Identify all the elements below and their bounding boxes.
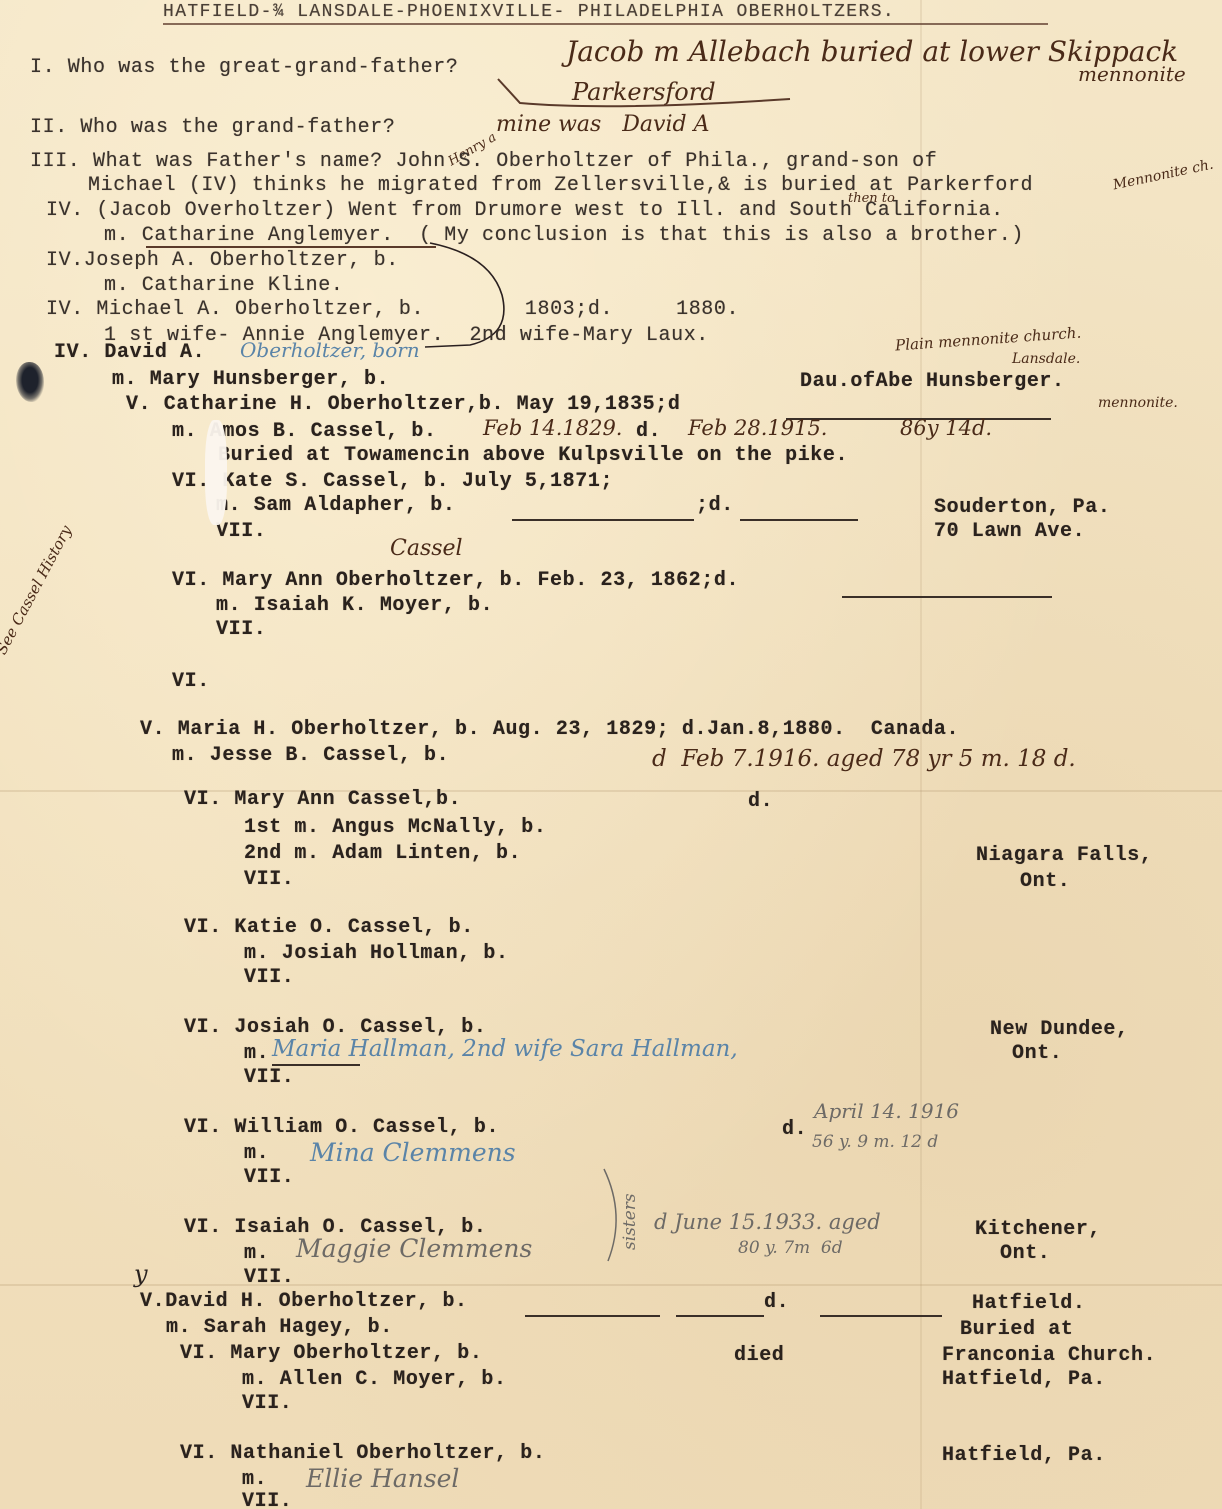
entry-josiah-location: New Dundee, — [990, 1020, 1129, 1040]
entry-mary-oberholtzer: VI. Mary Oberholtzer, b. — [180, 1344, 482, 1364]
entry-mac-vii: VII. — [244, 870, 294, 890]
question-grandfather: II. Who was the grand-father? — [30, 118, 395, 138]
entry-amos-burial: Buried at Towamencin above Kulpsville on… — [218, 446, 848, 466]
entry-david-a: IV. David A. — [54, 343, 205, 363]
entry-isaiah-vii: VII. — [244, 1268, 294, 1288]
entry-william-d: d. — [782, 1120, 807, 1140]
title-underline — [163, 23, 1048, 25]
underline — [146, 246, 436, 248]
entry-isaiah-province: Ont. — [1000, 1244, 1050, 1264]
entry-nathaniel-vii: VII. — [242, 1492, 292, 1509]
question-great-grandfather: I. Who was the great-grand-father? — [30, 58, 458, 78]
entry-david-spouse: m. Mary Hunsberger, b. — [112, 370, 389, 390]
entry-david-h: V.David H. Oberholtzer, b. — [140, 1292, 468, 1312]
entry-angus: 1st m. Angus McNally, b. — [244, 818, 546, 838]
entry-amos-d: d. — [636, 422, 661, 442]
entry-william-vii: VII. — [244, 1168, 294, 1188]
entry-allen: m. Allen C. Moyer, b. — [242, 1370, 507, 1390]
handwritten-william-age: 56 y. 9 m. 12 d — [812, 1134, 938, 1151]
entry-nathaniel-location: Hatfield, Pa. — [942, 1446, 1106, 1466]
entry-michael: IV. Michael A. Oberholtzer, b. 1803;d. 1… — [46, 300, 739, 320]
entry-mac-province: Ont. — [1020, 872, 1070, 892]
paper-fold — [0, 1284, 1222, 1286]
handwritten-plain-church: Plain mennonite church. — [895, 326, 1082, 354]
handwritten-william-wife: Mina Clemmens — [310, 1140, 516, 1165]
entry-william-m: m. — [244, 1144, 269, 1164]
entry-josiah-m: m. — [244, 1044, 269, 1064]
handwritten-mennonite-ch: Mennonite ch. — [1112, 158, 1215, 193]
entry-maria: V. Maria H. Oberholtzer, b. Aug. 23, 182… — [140, 720, 959, 740]
handwritten-mennonite-2: mennonite. — [1098, 396, 1178, 410]
handwritten-then-to: then to — [848, 192, 895, 205]
entry-kate-vii: VII. — [216, 522, 266, 542]
entry-sarah: m. Sarah Hagey, b. — [166, 1318, 393, 1338]
whiteout-damage — [205, 420, 227, 525]
entry-david-h-d: d. — [764, 1293, 789, 1313]
entry-jesse: m. Jesse B. Cassel, b. — [172, 746, 449, 766]
margin-note: See Cassel History — [0, 523, 75, 657]
handwritten-isaiah-age: 80 y. 7m 6d — [738, 1240, 843, 1257]
blank-line — [512, 519, 694, 521]
handwritten-isaiah-wife: Maggie Clemmens — [296, 1236, 532, 1261]
entry-mac-location: Niagara Falls, — [976, 846, 1152, 866]
ink-blot — [16, 362, 44, 402]
handwritten-amos-died: Feb 28.1915. — [688, 418, 827, 439]
question-father: III. What was Father's name? John S. Obe… — [30, 152, 937, 172]
entry-kate-spouse-d: ;d. — [696, 496, 734, 516]
entry-david-spouse-parent: Dau.ofAbe Hunsberger. — [800, 372, 1065, 392]
handwritten-sisters: sisters — [622, 1193, 639, 1250]
entry-kate-spouse: m. Sam Aldapher, b. — [216, 496, 455, 516]
entry-mary-ann-vii: VII. — [216, 620, 266, 640]
entry-jacob-spouse: m. Catharine Anglemyer. ( My conclusion … — [104, 226, 1024, 246]
entry-mary-location: Hatfield, Pa. — [942, 1370, 1106, 1390]
handwritten-lansdale: Lansdale. — [1012, 352, 1080, 366]
blank-line — [676, 1315, 764, 1317]
handwritten-josiah-wives: Maria Hallman, 2nd wife Sara Hallman, — [272, 1038, 738, 1061]
entry-kate-location: Souderton, Pa. — [934, 498, 1110, 518]
entry-mary-ann: VI. Mary Ann Oberholtzer, b. Feb. 23, 18… — [172, 571, 739, 591]
document-title: HATFIELD-¾ LANSDALE-PHOENIXVILLE- PHILAD… — [163, 3, 895, 21]
blank-line — [740, 519, 858, 521]
blank-line — [842, 596, 1052, 598]
entry-william: VI. William O. Cassel, b. — [184, 1118, 499, 1138]
entry-vi-blank: VI. — [172, 672, 210, 692]
handwritten-amos-age: 86y 14d. — [900, 418, 992, 439]
entry-mary-ann-cassel-d: d. — [748, 792, 773, 812]
entry-mary-died: died — [734, 1346, 784, 1366]
entry-josiah-province: Ont. — [1012, 1044, 1062, 1064]
handwritten-mennonite: mennonite — [1078, 64, 1186, 84]
entry-nathaniel-m: m. — [242, 1470, 267, 1490]
entry-adam: 2nd m. Adam Linten, b. — [244, 844, 521, 864]
entry-isaiah-location: Kitchener, — [975, 1220, 1101, 1240]
blank-line — [820, 1315, 942, 1317]
entry-katie: VI. Katie O. Cassel, b. — [184, 918, 474, 938]
handwritten-parkersford: Parkersford — [572, 80, 716, 104]
handwritten-gf: mine was David A — [496, 114, 709, 136]
entry-buried-at: Buried at — [960, 1320, 1073, 1340]
entry-joseph: IV.Joseph A. Oberholtzer, b. — [46, 251, 399, 271]
entry-josiah: VI. Josiah O. Cassel, b. — [184, 1018, 486, 1038]
entry-kate: VI. Kate S. Cassel, b. July 5,1871; — [172, 472, 613, 492]
entry-catharine: V. Catharine H. Oberholtzer,b. May 19,18… — [126, 395, 681, 415]
entry-nathaniel: VI. Nathaniel Oberholtzer, b. — [180, 1444, 545, 1464]
handwritten-william-death: April 14. 1916 — [814, 1101, 959, 1121]
entry-isaiah-m: m. — [244, 1244, 269, 1264]
entry-mary-vii: VII. — [242, 1394, 292, 1414]
entry-josiah-vii: VII. — [244, 1068, 294, 1088]
handwritten-nathaniel-wife: Ellie Hansel — [306, 1466, 459, 1491]
entry-franconia: Franconia Church. — [942, 1346, 1156, 1366]
blank-line — [525, 1315, 660, 1317]
entry-josiah-hollman: m. Josiah Hollman, b. — [244, 944, 509, 964]
entry-joseph-spouse: m. Catharine Kline. — [104, 276, 343, 296]
entry-kate-address: 70 Lawn Ave. — [934, 522, 1085, 542]
check-mark: y — [134, 1262, 148, 1286]
handwritten-amos-born: Feb 14.1829. — [483, 418, 622, 439]
entry-mary-ann-spouse: m. Isaiah K. Moyer, b. — [216, 596, 493, 616]
handwritten-cassel: Cassel — [390, 538, 463, 560]
handwritten-jesse-death: d Feb 7.1916. aged 78 yr 5 m. 18 d. — [652, 748, 1076, 771]
entry-mary-ann-cassel: VI. Mary Ann Cassel,b. — [184, 790, 461, 810]
handwritten-isaiah-death: d June 15.1933. aged — [654, 1212, 881, 1233]
entry-katie-vii: VII. — [244, 968, 294, 988]
entry-david-h-location: Hatfield. — [972, 1294, 1085, 1314]
handwritten-david-surname: Oberholtzer, born — [240, 340, 420, 360]
